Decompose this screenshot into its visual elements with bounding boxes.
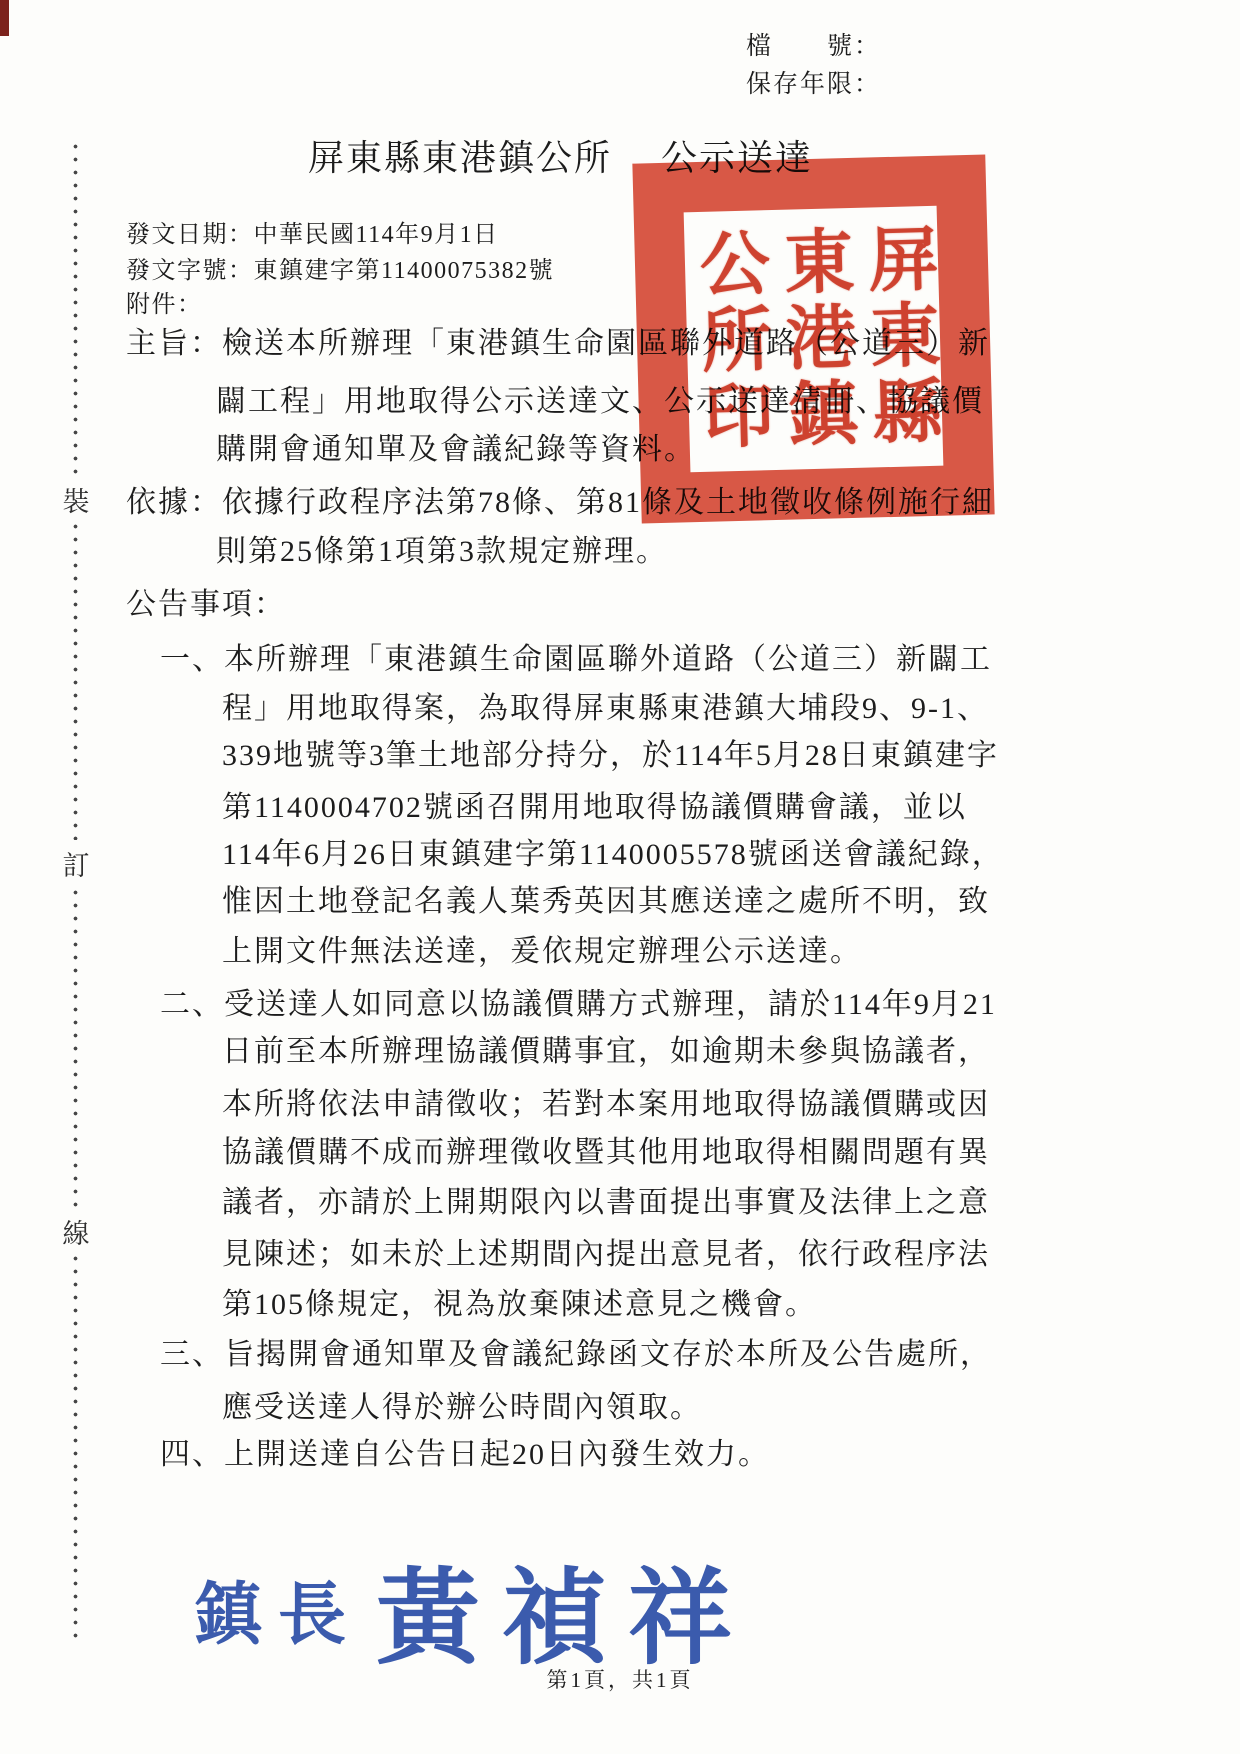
body-line: 惟因土地登記名義人葉秀英因其應送達之處所不明，致 xyxy=(222,876,990,920)
binding-dotted-line xyxy=(73,1252,78,1644)
page-number-footer: 第1頁，共1頁 xyxy=(0,1664,1240,1694)
mayor-name: 黃禎祥 xyxy=(376,1534,754,1684)
seal-column-right: 屏東縣 xyxy=(856,222,940,452)
attachment-label: 附件： xyxy=(126,284,203,319)
body-line: 見陳述；如未於上述期間內提出意見者，依行政程序法 xyxy=(222,1229,990,1273)
body-line: 程」用地取得案，為取得屏東縣東港鎮大埔段9、9-1、 xyxy=(222,683,989,727)
body-line: 四、上開送達自公告日起20日內發生效力。 xyxy=(160,1429,770,1473)
body-line: 第1140004702號函召開用地取得協議價購會議，並以 xyxy=(222,782,967,826)
body-line: 購開會通知單及會議紀錄等資料。 xyxy=(216,424,696,468)
document-number: 發文字號：東鎮建字第11400075382號 xyxy=(126,250,554,285)
body-line: 公告事項： xyxy=(126,579,286,623)
seal-column-middle: 東港鎮 xyxy=(771,224,855,454)
binding-char-xian: 線 xyxy=(61,1212,91,1251)
body-line: 協議價購不成而辦理徵收暨其他用地取得相關問題有異 xyxy=(222,1127,990,1171)
body-line: 第105條規定，視為放棄陳述意見之機會。 xyxy=(222,1279,817,1323)
body-line: 三、旨揭開會通知單及會議紀錄函文存於本所及公告處所， xyxy=(160,1329,992,1373)
scan-corner-artifact xyxy=(0,0,9,36)
official-seal: 公所印 東港鎮 屏東縣 xyxy=(632,154,994,523)
body-line: 日前至本所辦理協議價購事宜，如逾期未參與協議者， xyxy=(222,1026,990,1070)
official-seal-text: 公所印 東港鎮 屏東縣 xyxy=(687,222,940,456)
binding-dotted-line xyxy=(73,886,78,1208)
body-line: 應受送達人得於辦公時間內領取。 xyxy=(222,1382,702,1426)
file-number-label: 檔 號： xyxy=(746,26,881,62)
mayor-signature-stamp: 鎮長 黃禎祥 xyxy=(194,1534,754,1684)
body-line: 則第25條第1項第3款規定辦理。 xyxy=(216,526,668,570)
body-line: 114年6月26日東鎮建字第1140005578號函送會議紀錄， xyxy=(222,829,1004,873)
official-notice-page: 檔 號： 保存年限： 屏東縣東港鎮公所 公示送達 發文日期：中華民國114年9月… xyxy=(0,0,1240,1754)
retention-period-label: 保存年限： xyxy=(746,64,881,100)
body-line: 一、本所辦理「東港鎮生命園區聯外道路（公道三）新闢工 xyxy=(160,634,992,678)
binding-char-ding: 訂 xyxy=(61,844,91,883)
seal-column-left: 公所印 xyxy=(687,226,771,456)
binding-dotted-line xyxy=(73,140,78,476)
binding-dotted-line xyxy=(73,520,78,840)
body-line: 議者，亦請於上開期限內以書面提出事實及法律上之意 xyxy=(222,1177,990,1221)
body-line: 上開文件無法送達，爰依規定辦理公示送達。 xyxy=(222,926,862,970)
binding-char-zhuang: 裝 xyxy=(61,480,91,519)
mayor-title: 鎮長 xyxy=(194,1561,362,1658)
body-line: 339地號等3筆土地部分持分，於114年5月28日東鎮建字 xyxy=(222,730,999,774)
body-line: 本所將依法申請徵收；若對本案用地取得協議價購或因 xyxy=(222,1079,990,1123)
issue-date: 發文日期：中華民國114年9月1日 xyxy=(126,214,499,249)
body-line: 二、受送達人如同意以協議價購方式辦理，請於114年9月21 xyxy=(160,979,997,1023)
